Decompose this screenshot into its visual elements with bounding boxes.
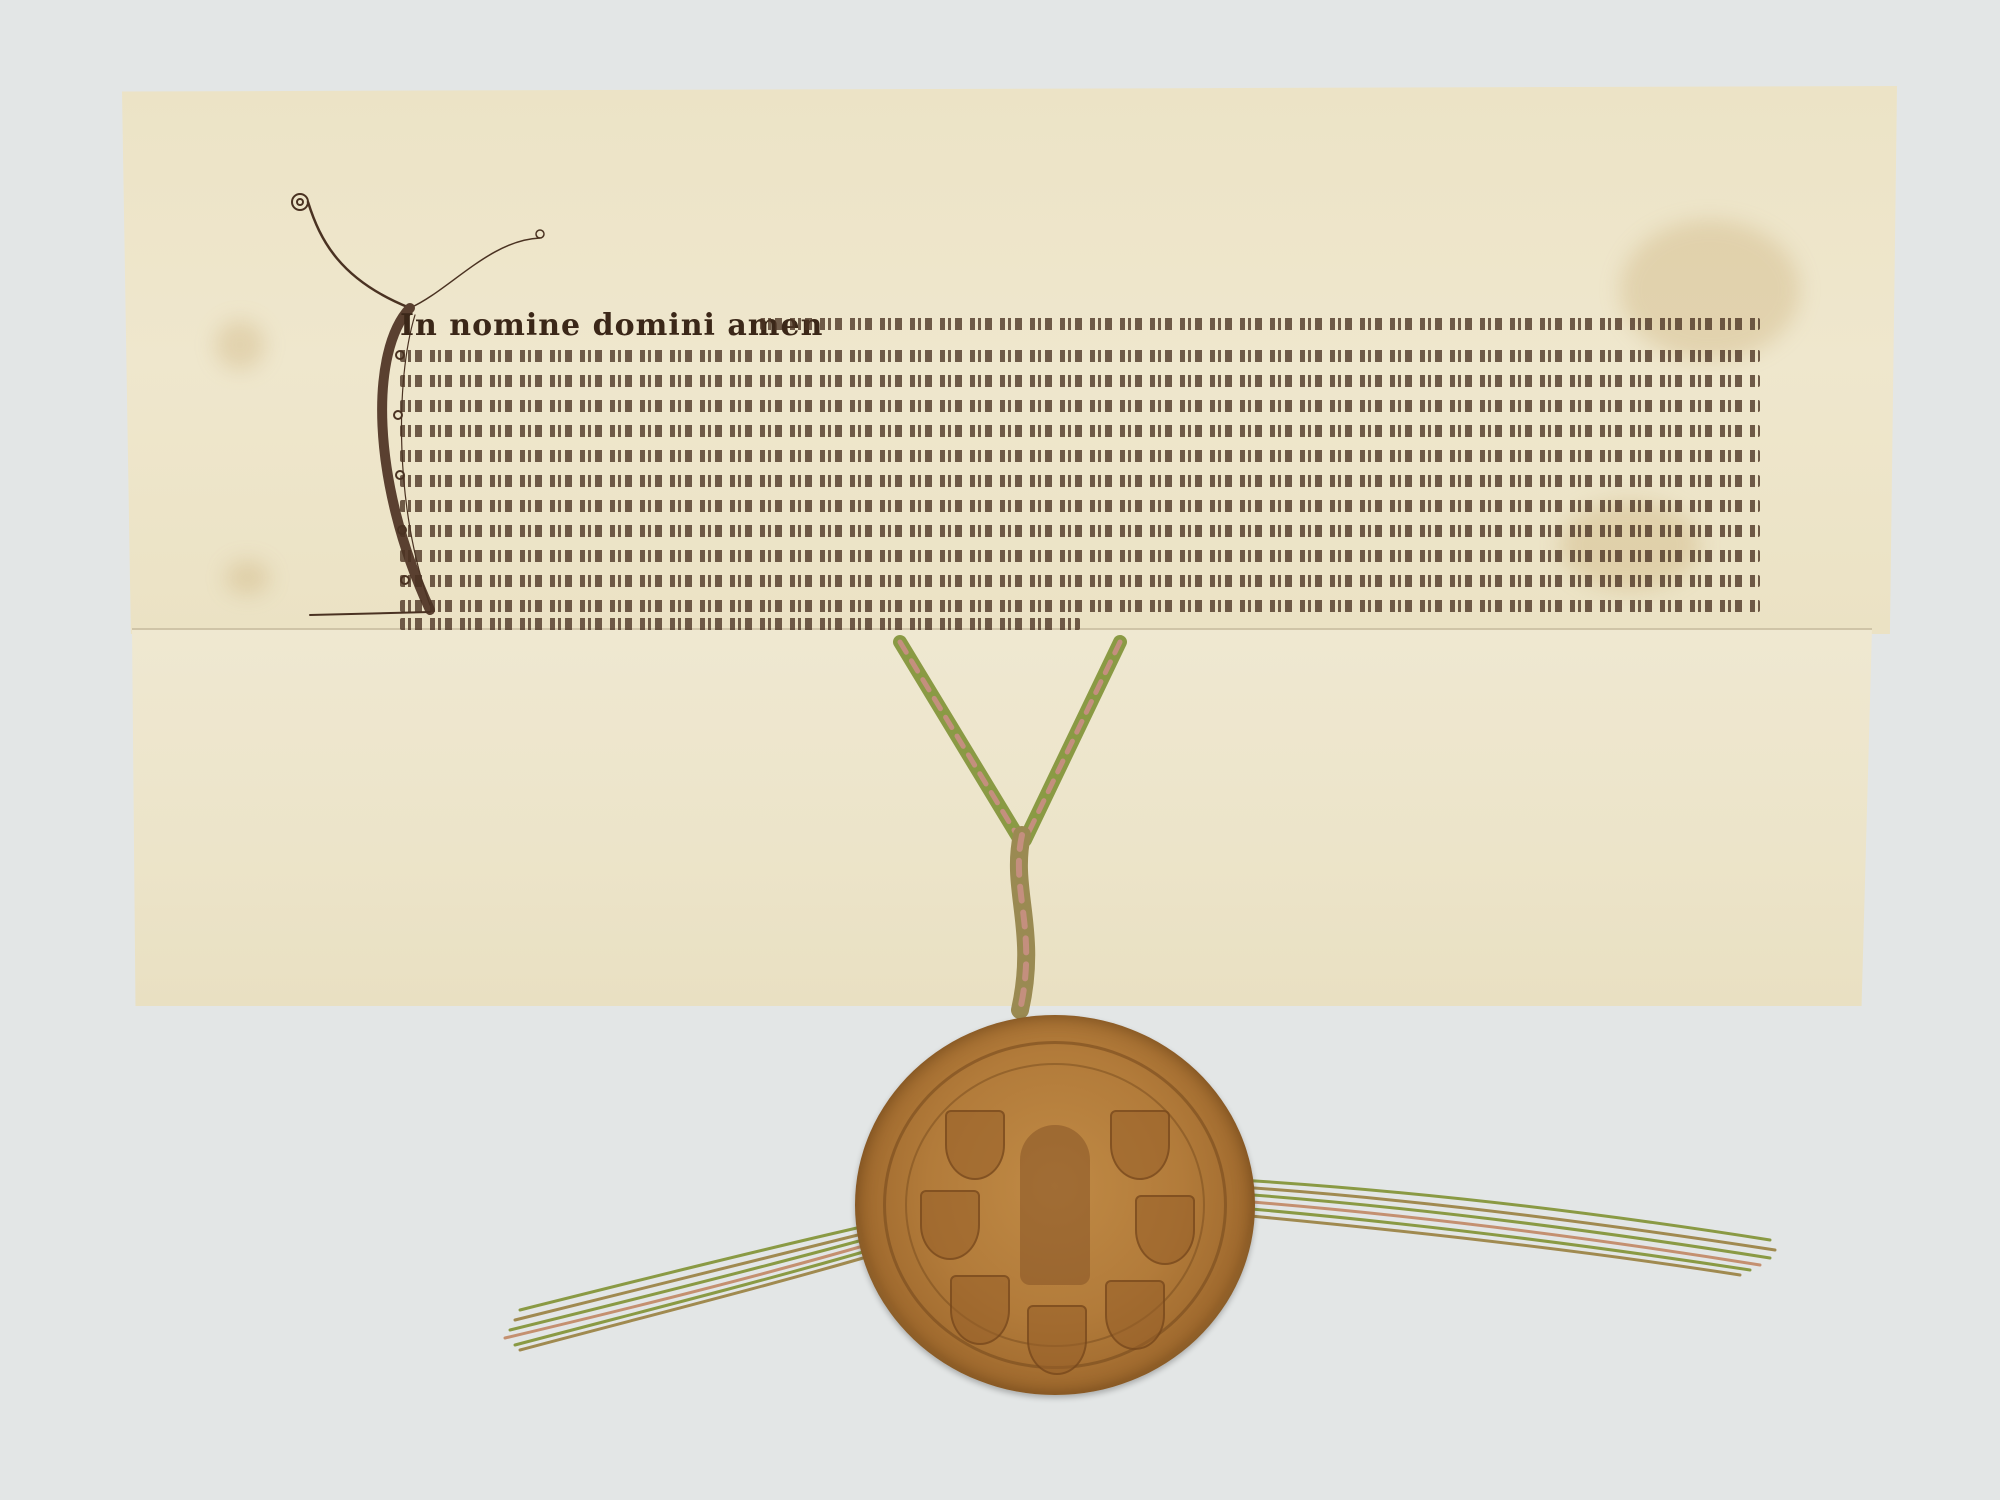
heraldic-shield <box>1135 1195 1195 1265</box>
heraldic-shield <box>945 1110 1005 1180</box>
seated-ruler-figure <box>1020 1125 1090 1285</box>
heraldic-shield <box>1027 1305 1087 1375</box>
heraldic-shield <box>950 1275 1010 1345</box>
wax-seal <box>855 1015 1255 1395</box>
heraldic-shield <box>1110 1110 1170 1180</box>
heraldic-shield <box>1105 1280 1165 1350</box>
photo-stage: In nomine domini amen <box>0 0 2000 1500</box>
heraldic-shield <box>920 1190 980 1260</box>
